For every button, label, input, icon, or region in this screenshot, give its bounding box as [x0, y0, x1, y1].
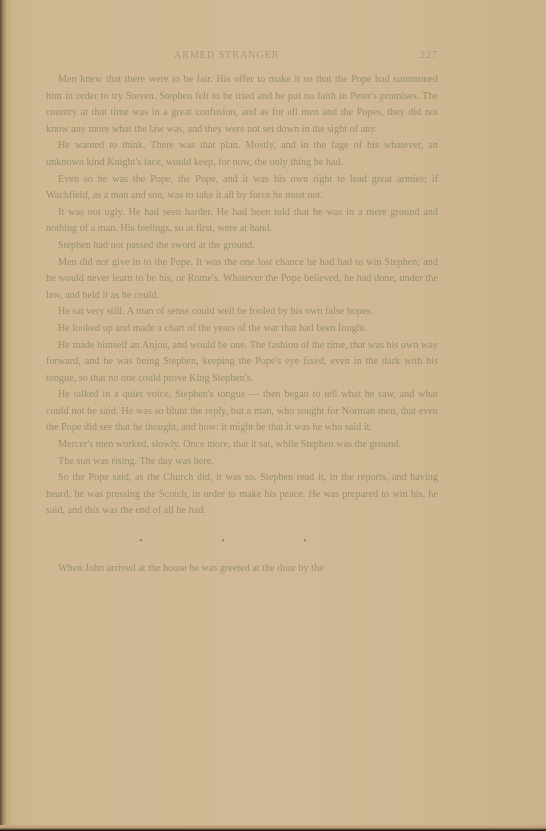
book-page: ARMED STRANGER 227 Men knew that there w… [0, 0, 546, 831]
paragraph: Men did not give in to the Pope. It was … [46, 255, 438, 305]
paragraph: He made himself an Anjou, and would be o… [46, 338, 438, 388]
paragraph: So the Pope said, as the Church did, it … [46, 470, 438, 520]
paragraph: He looked up and made a chart of the yea… [46, 321, 438, 338]
paragraph: He wanted to think. There was that plan.… [46, 138, 438, 171]
page-header: ARMED STRANGER 227 [46, 50, 438, 64]
paragraph: Even so he was the Pope, the Pope, and i… [46, 172, 438, 205]
paragraph: Men knew that there were to be fair. His… [46, 72, 438, 138]
running-head: ARMED STRANGER [174, 50, 279, 61]
paragraph: He sat very still. A man of sense could … [46, 304, 438, 321]
paragraph: Mercer's men worked, slowly. Once more, … [46, 437, 438, 454]
body-text: Men knew that there were to be fair. His… [46, 72, 438, 577]
paragraph: It was not ugly. He had seen harder. He … [46, 205, 438, 238]
section-break-ornament: • • • [46, 534, 438, 551]
paragraph: The sun was rising. The day was here. [46, 454, 438, 471]
paragraph: Stephen had not passed the sword at the … [46, 238, 438, 255]
closing-line: When John arrived at the house he was gr… [46, 561, 438, 578]
page-number: 227 [420, 50, 438, 61]
paragraph: He talked in a quiet voice, Stephen's to… [46, 387, 438, 437]
